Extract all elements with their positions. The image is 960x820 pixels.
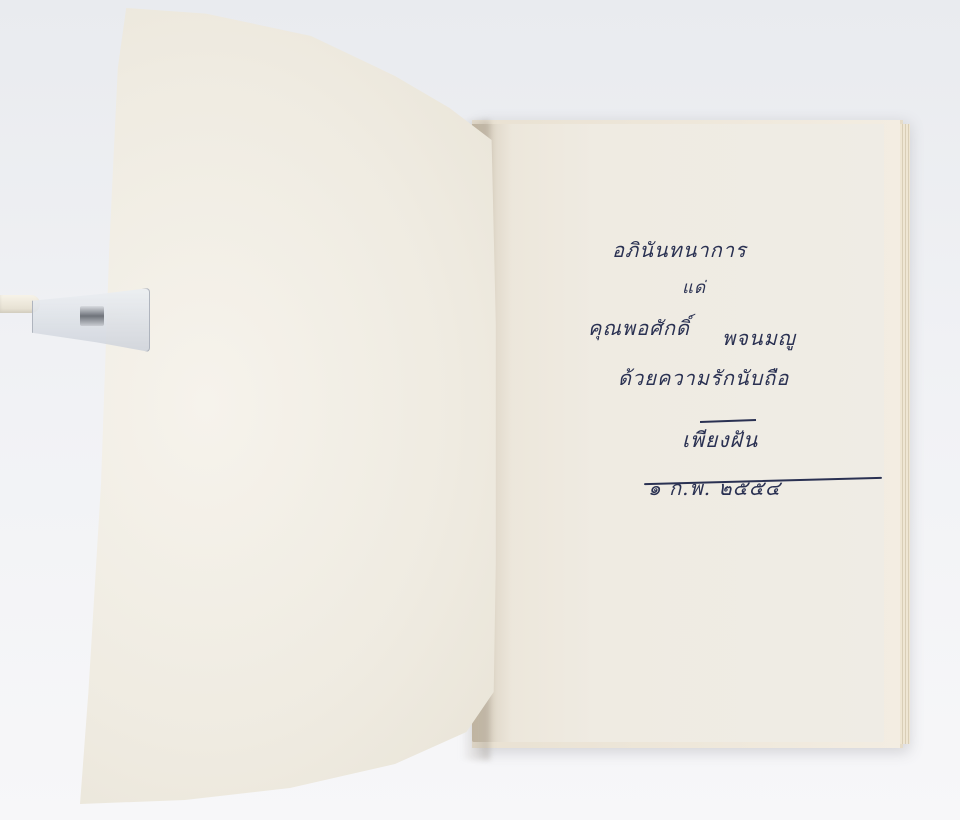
inscription-date: ๑ ก.พ. ๒๕๕๔ (648, 472, 781, 504)
page-edges (900, 124, 910, 744)
inscription-signature: เพียงฝัน (682, 424, 758, 457)
handwritten-inscription: อภินันทนาการ แด่ คุณพอศักดิ์ พจนมญู ด้วย… (472, 124, 884, 742)
signature-stroke (700, 419, 756, 422)
inscription-line-presented: อภินันทนาการ (612, 234, 747, 266)
left-page-curled (80, 4, 500, 804)
inscription-recipient-name: คุณพอศักดิ์ (588, 312, 690, 344)
inscription-line-regards: ด้วยความรักนับถือ (618, 362, 789, 394)
right-page: อภินันทนาการ แด่ คุณพอศักดิ์ พจนมญู ด้วย… (472, 124, 884, 742)
inscription-line-to: แด่ (682, 274, 706, 301)
book-photo: อภินันทนาการ แด่ คุณพอศักดิ์ พจนมญู ด้วย… (0, 0, 960, 820)
clip-spring-icon (80, 306, 104, 326)
inscription-recipient-surname: พจนมญู (722, 322, 796, 354)
